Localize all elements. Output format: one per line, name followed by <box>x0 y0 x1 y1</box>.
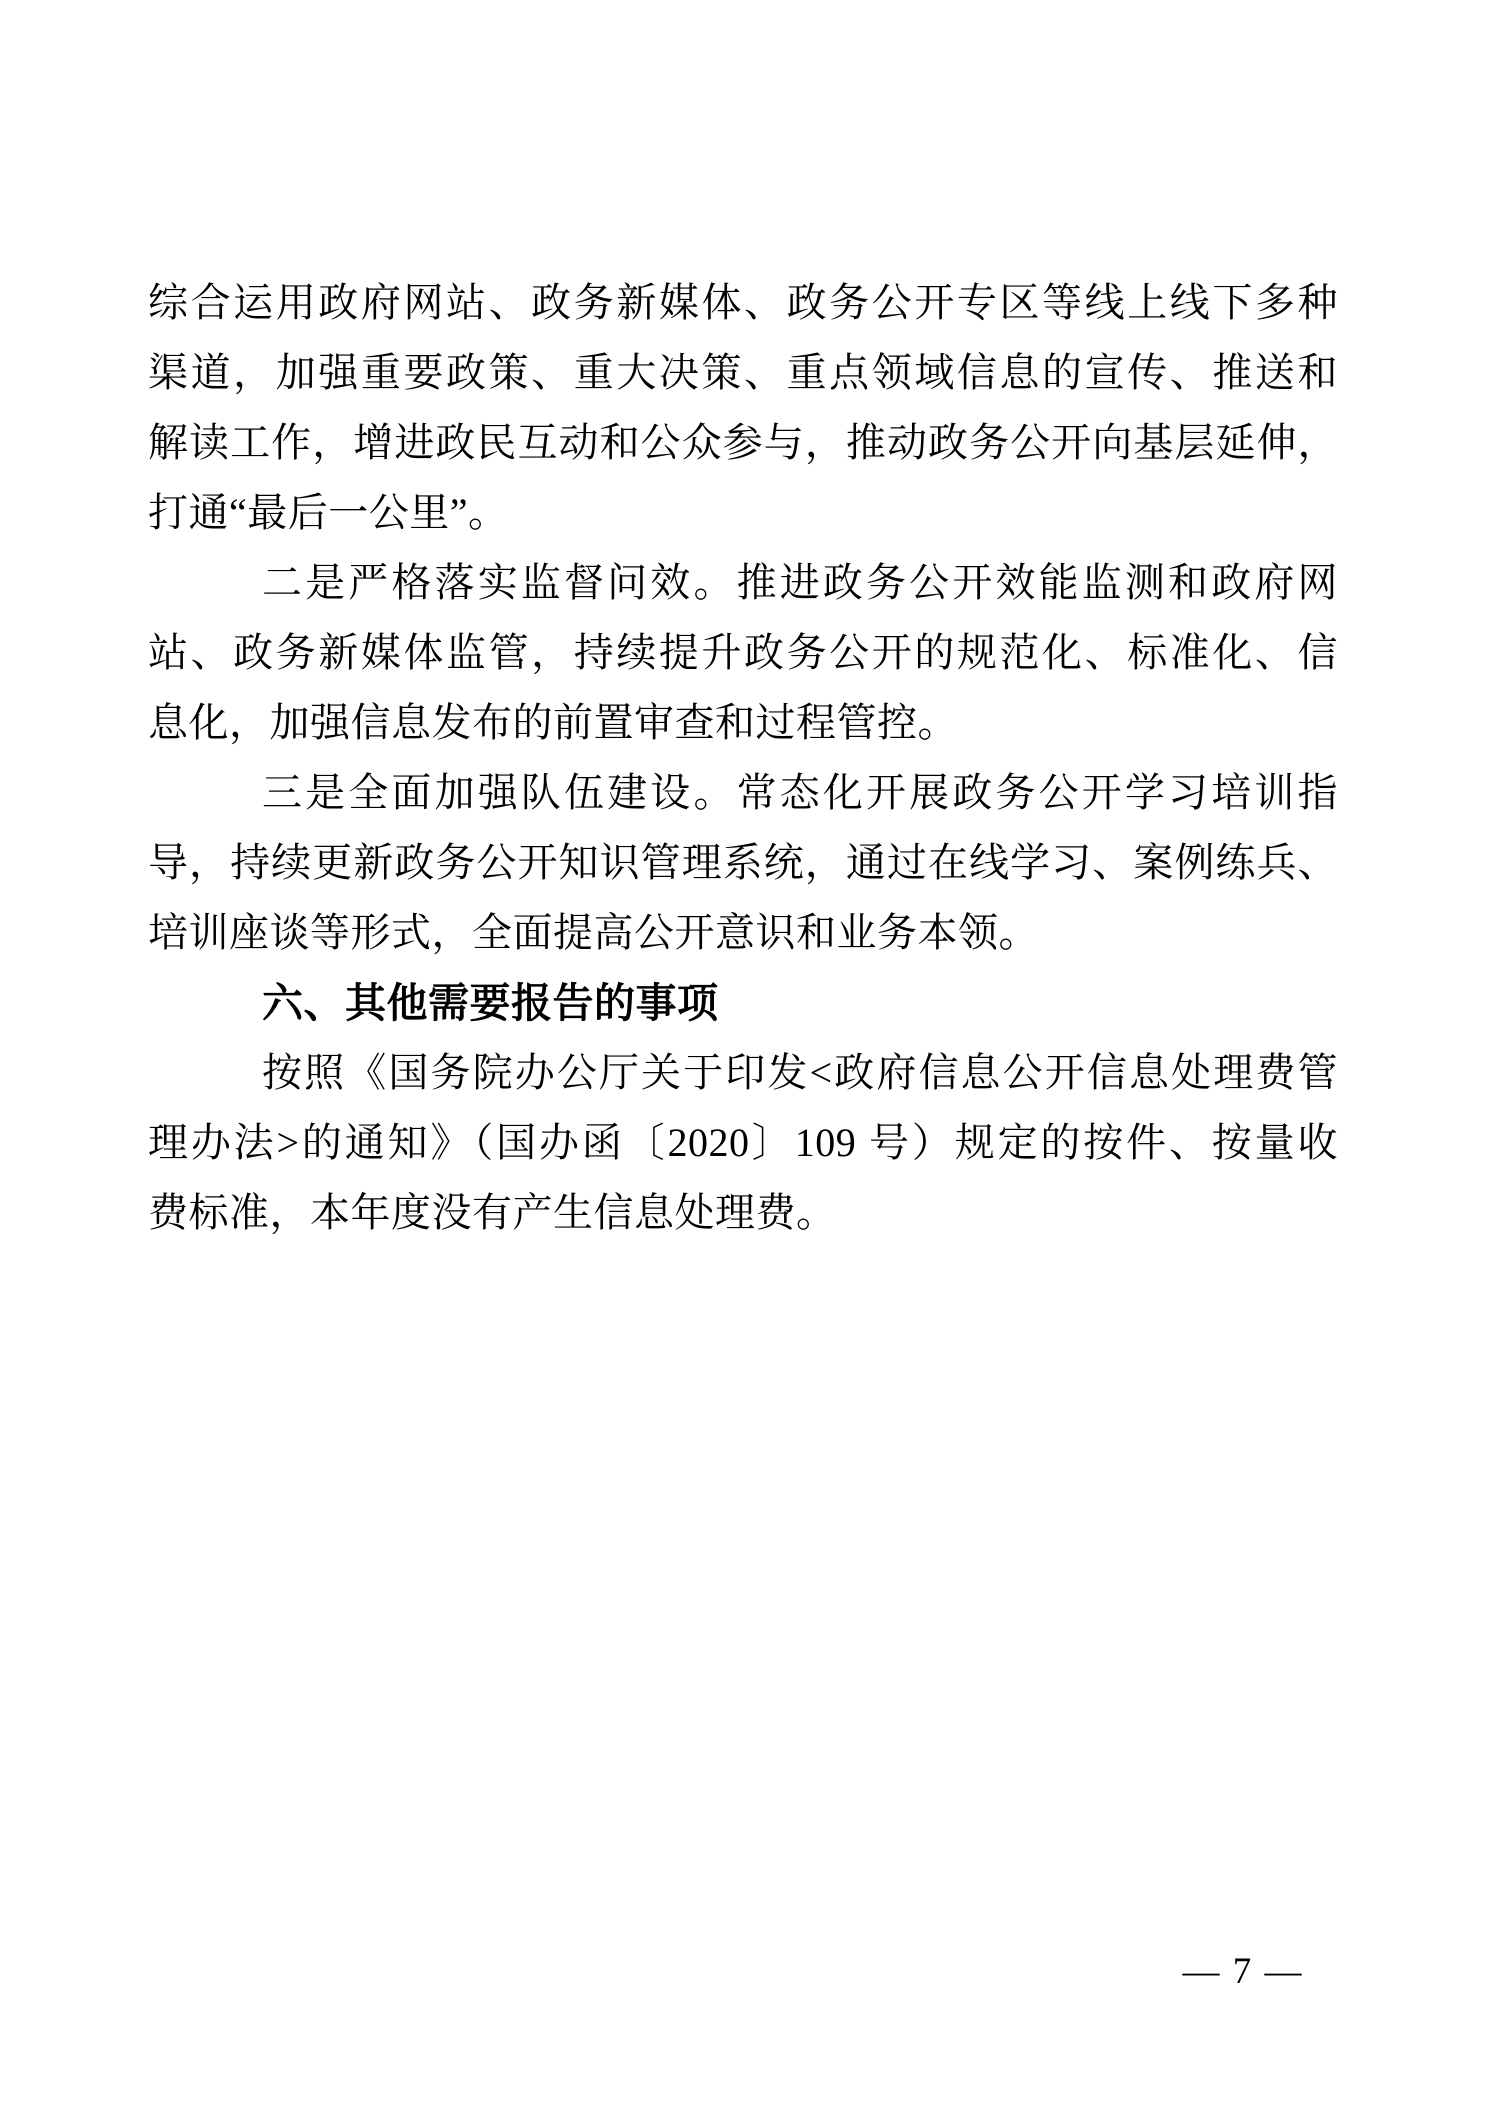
text-line: 导，持续更新政务公开知识管理系统，通过在线学习、案例练兵、 <box>148 828 1338 898</box>
text-line: 息化，加强信息发布的前置审查和过程管控。 <box>148 688 1338 758</box>
text-line: 理办法>的通知》（国办函〔2020〕109 号）规定的按件、按量收 <box>148 1108 1338 1178</box>
text-line: 二是严格落实监督问效。推进政务公开效能监测和政府网 <box>148 548 1338 618</box>
text-line: 解读工作，增进政民互动和公众参与，推动政务公开向基层延伸， <box>148 408 1338 478</box>
document-content: 综合运用政府网站、政务新媒体、政务公开专区等线上线下多种 渠道，加强重要政策、重… <box>148 268 1338 1248</box>
document-page: 综合运用政府网站、政务新媒体、政务公开专区等线上线下多种 渠道，加强重要政策、重… <box>0 0 1486 2103</box>
page-number: — 7 — <box>1133 1952 1353 1992</box>
text-line: 渠道，加强重要政策、重大决策、重点领域信息的宣传、推送和 <box>148 338 1338 408</box>
text-line: 站、政务新媒体监管，持续提升政务公开的规范化、标准化、信 <box>148 618 1338 688</box>
text-line: 按照《国务院办公厅关于印发<政府信息公开信息处理费管 <box>148 1038 1338 1108</box>
text-line: 培训座谈等形式，全面提高公开意识和业务本领。 <box>148 898 1338 968</box>
section-heading: 六、其他需要报告的事项 <box>148 968 1338 1038</box>
text-line: 费标准，本年度没有产生信息处理费。 <box>148 1178 1338 1248</box>
text-line: 三是全面加强队伍建设。常态化开展政务公开学习培训指 <box>148 758 1338 828</box>
text-line: 综合运用政府网站、政务新媒体、政务公开专区等线上线下多种 <box>148 268 1338 338</box>
text-line: 打通“最后一公里”。 <box>148 478 1338 548</box>
